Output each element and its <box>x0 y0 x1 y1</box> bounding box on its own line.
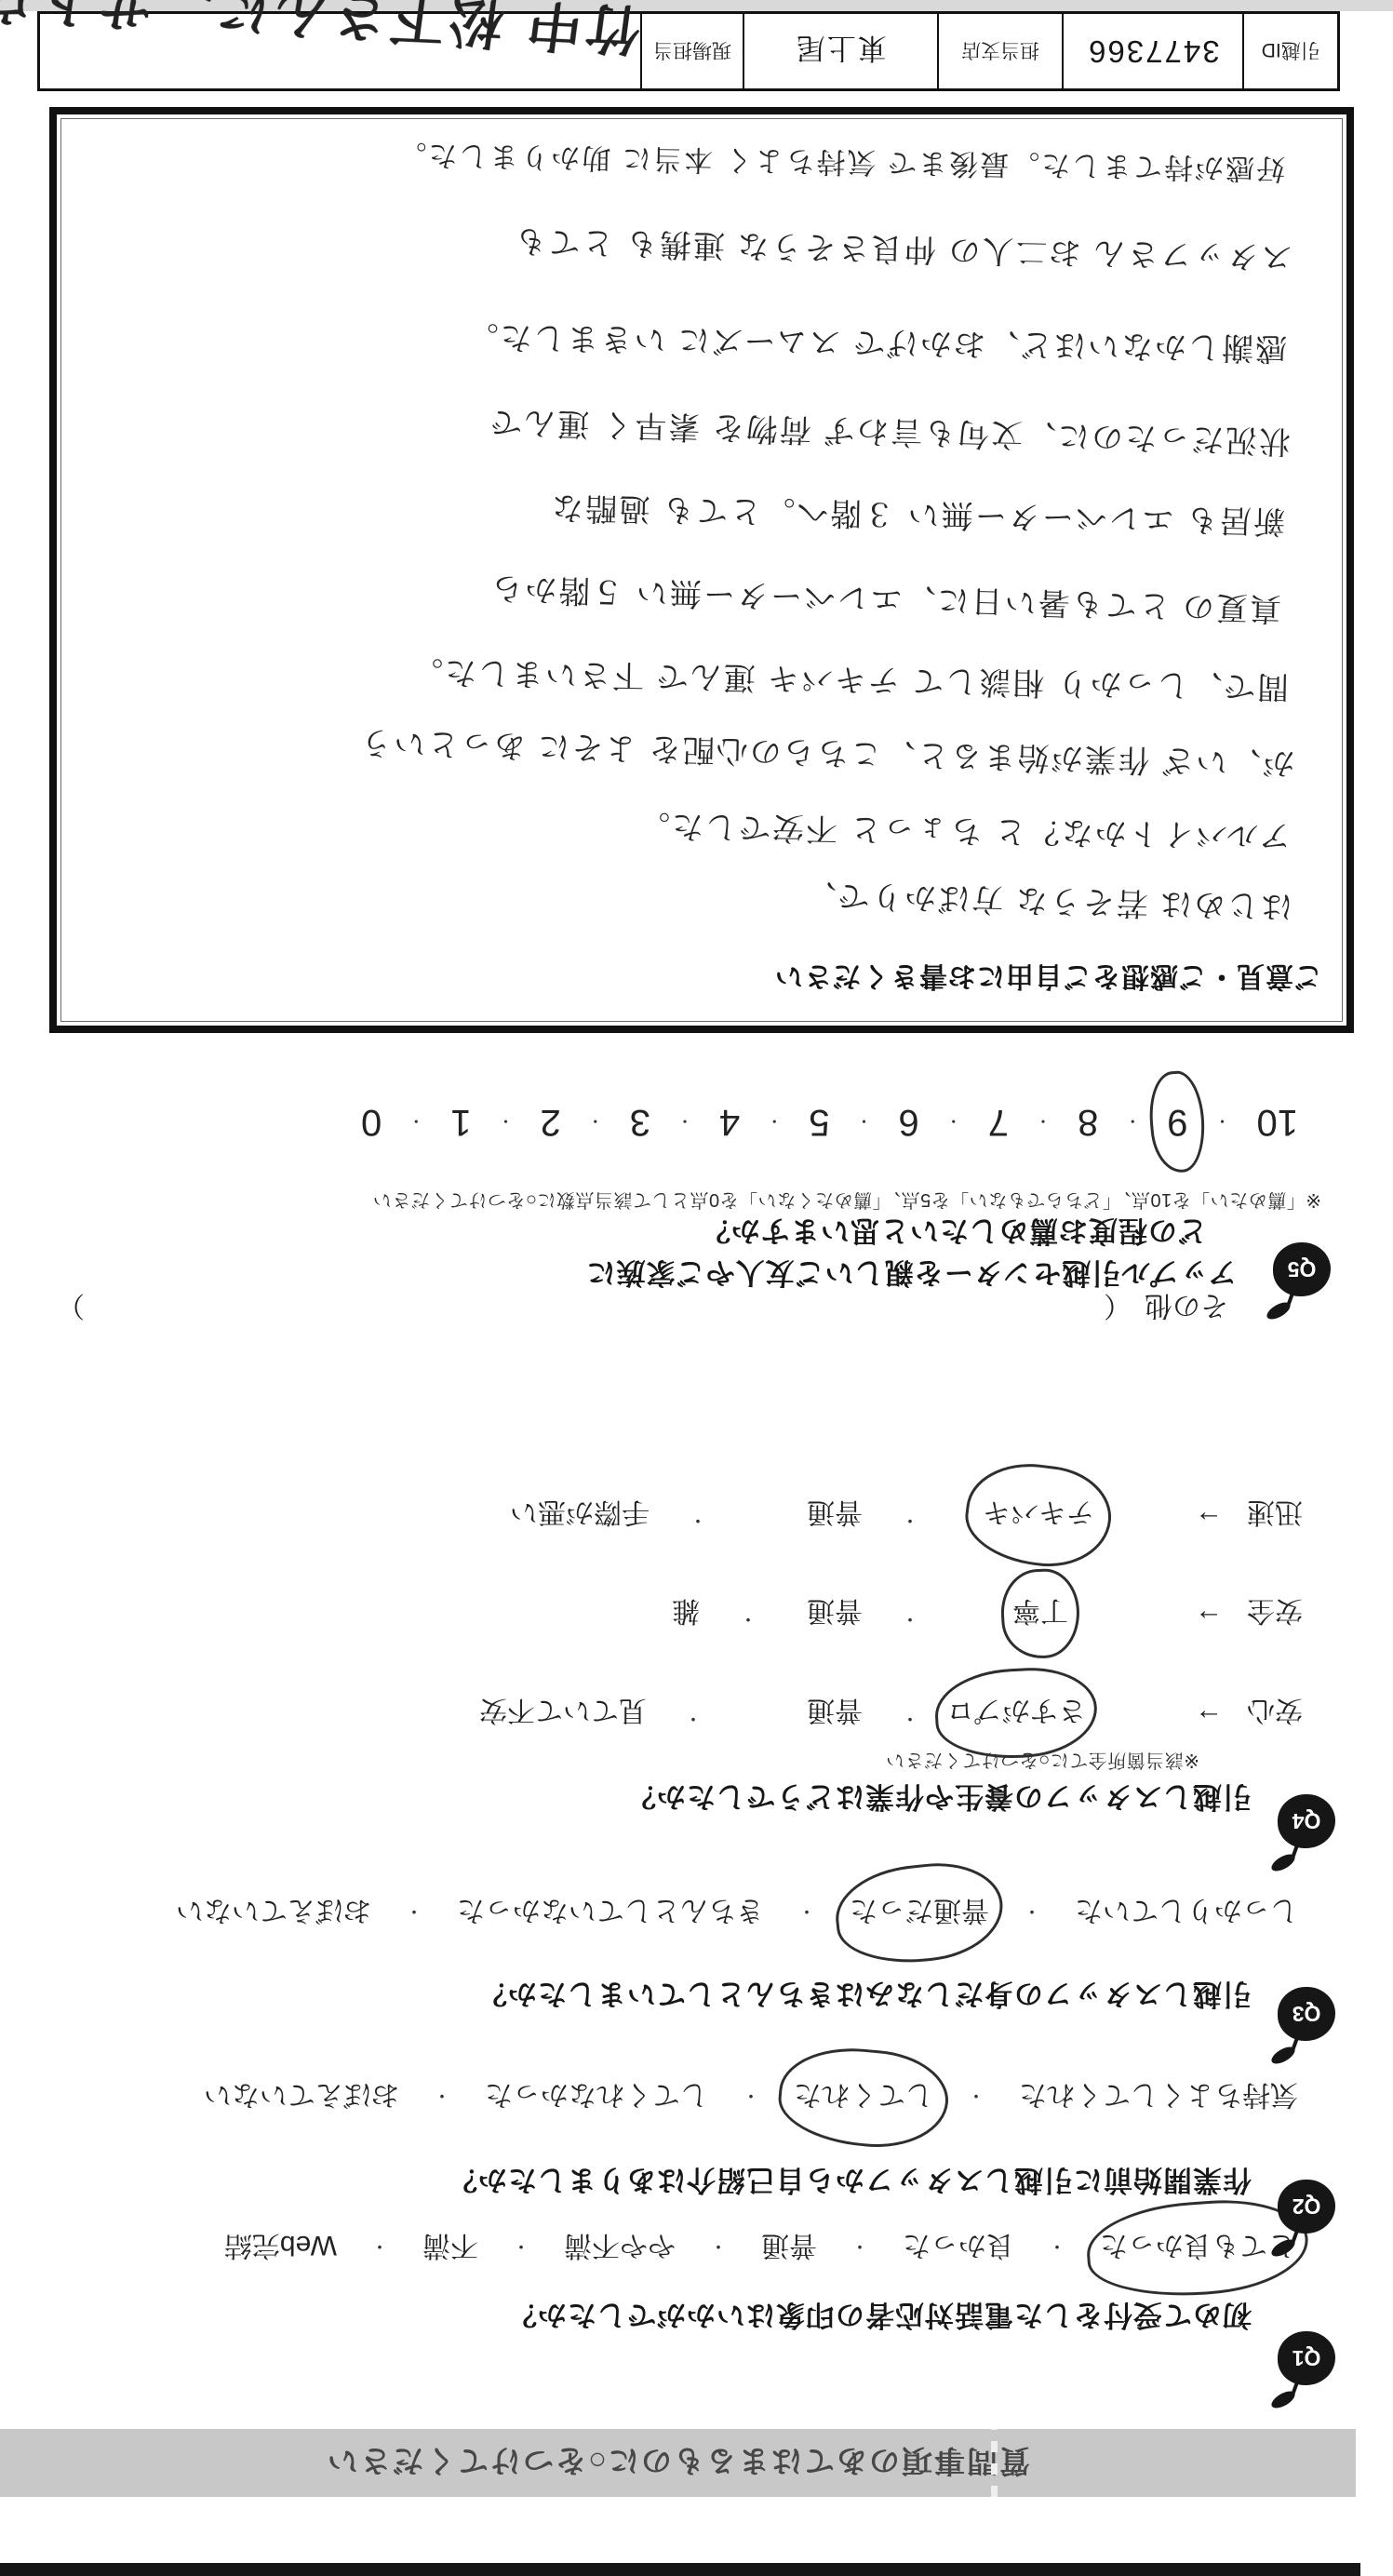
option-separator: ・ <box>689 1509 707 1536</box>
q3-apple-icon: Q3 <box>1278 1987 1335 2041</box>
scale-value: 1 <box>450 1101 471 1143</box>
scale-separator: ・ <box>1124 1110 1141 1134</box>
branch-value: 東上尾 <box>744 14 939 88</box>
scale-separator: ・ <box>498 1110 515 1134</box>
q3-icon-label: Q3 <box>1293 2002 1321 2027</box>
q4-anshin-selected: さすがプロ <box>946 1693 1086 1734</box>
branch-label: 担当支店 <box>939 14 1064 88</box>
option-separator: ・ <box>739 1607 757 1634</box>
q1-options: とても良かった ・ 良かった ・ 普通 ・ やや不満 ・ 不満 ・ Web完結 <box>224 2228 1295 2269</box>
scale-value: 8 <box>1078 1101 1098 1143</box>
q1-icon-label: Q1 <box>1293 2346 1321 2371</box>
q3-option: おぼえていない <box>176 1893 371 1934</box>
q4-apple-icon: Q4 <box>1278 1794 1335 1848</box>
q1-option: Web完結 <box>224 2228 337 2269</box>
q4-jinsoku-option: 手際が悪い <box>510 1495 650 1536</box>
q4-anzen-selected: 丁寧 <box>1012 1593 1068 1634</box>
q2-option: してくれなかった <box>485 2077 708 2118</box>
scale-separator: ・ <box>676 1110 693 1134</box>
scale-separator: ・ <box>587 1110 604 1134</box>
option-separator: ・ <box>512 2235 530 2262</box>
q1-option: 良かった <box>903 2228 1014 2269</box>
scale-value: 6 <box>899 1101 919 1143</box>
scale-separator: ・ <box>856 1110 873 1134</box>
q4-jinsoku-option: 普通 <box>807 1495 863 1536</box>
fold-mark <box>991 2429 998 2497</box>
q3-option: きちんとしていなかった <box>457 1893 764 1934</box>
option-separator: ・ <box>709 2235 728 2262</box>
staff-handwritten-name: 竹中 松下さんに、サトウさん <box>0 0 645 74</box>
arrow-icon: → <box>1195 1603 1223 1634</box>
q1-option: やや不満 <box>564 2228 676 2269</box>
q2-option: おぼえていない <box>204 2077 399 2118</box>
option-separator: ・ <box>684 1707 703 1734</box>
q1-option-selected: とても良かった <box>1100 2228 1295 2269</box>
q4-title: 引越しスタッフの養生や作業はどうでしたか？ <box>626 1778 1252 1820</box>
survey-instruction-banner: 質問事項のあてはまるものに○をつけてください <box>0 2429 1356 2497</box>
option-separator: ・ <box>1023 1900 1041 1927</box>
scanned-survey-sheet-rotated-180: 質問事項のあてはまるものに○をつけてください Q1 初めて受付をした電話対応者の… <box>0 0 1393 2576</box>
q4-row-label: 安心 <box>1247 1693 1303 1734</box>
q3-option-selected: 普通だった <box>850 1893 989 1934</box>
scale-value: 4 <box>719 1101 740 1143</box>
staff-name-cell: 竹中 松下さんに、サトウさん <box>40 14 642 88</box>
scale-value: 7 <box>988 1101 1009 1143</box>
move-id-label: 引越ID <box>1244 14 1337 88</box>
scale-separator: ・ <box>945 1110 962 1134</box>
banner-title: 質問事項のあてはまるものに○をつけてください <box>326 2441 1030 2485</box>
q2-options: 気持ちよくしてくれた ・ してくれた ・ してくれなかった ・ おぼえていない <box>204 2077 1298 2118</box>
scale-value: 2 <box>541 1101 561 1143</box>
option-separator: ・ <box>370 2235 389 2262</box>
q1-option: 普通 <box>761 2228 817 2269</box>
scale-value-selected: 9 <box>1167 1101 1187 1143</box>
move-id-value: 3477366 <box>1064 14 1244 88</box>
q1-apple-icon: Q1 <box>1278 2331 1335 2385</box>
q4-jinsoku-selected: テキパキ <box>983 1495 1094 1536</box>
scale-separator: ・ <box>1035 1110 1051 1134</box>
option-separator: ・ <box>405 1900 423 1927</box>
q4-anshin-option: 見ていて不安 <box>479 1693 647 1734</box>
option-separator: ・ <box>901 1509 919 1536</box>
q5-note: ※「薦めたい」を10点、「どちらでもない」を5点、「薦めたくない」を0点として該… <box>372 1188 1321 1215</box>
q2-option-selected: してくれた <box>794 2077 933 2118</box>
scale-separator: ・ <box>1214 1110 1231 1134</box>
q2-option: 気持ちよくしてくれた <box>1019 2077 1298 2118</box>
q5-title-line1: アップル引越センターを親しいご友人やご家族に <box>586 1254 1237 1296</box>
q1-option: 不満 <box>422 2228 478 2269</box>
option-separator: ・ <box>433 2085 451 2112</box>
q2-title: 作業開始前に引越しスタッフから自己紹介はありましたか？ <box>448 2162 1252 2204</box>
option-separator: ・ <box>742 2085 760 2112</box>
q4-anzen-option: 普通 <box>807 1593 863 1634</box>
option-separator: ・ <box>1048 2235 1066 2262</box>
q3-title: 引越しスタッフの身だしなみはきちんとしていましたか？ <box>477 1976 1252 2018</box>
q5-title-line2: どの程度お薦めしたいと思いますか？ <box>701 1213 1207 1254</box>
option-separator: ・ <box>797 1900 816 1927</box>
scale-value: 0 <box>361 1101 382 1143</box>
option-separator: ・ <box>901 1707 919 1734</box>
q4-note: ※該当箇所全てに○をつけてください <box>886 1749 1199 1776</box>
scale-value: 5 <box>809 1101 829 1143</box>
option-separator: ・ <box>851 2235 869 2262</box>
q1-title: 初めて受付をした電話対応者の印象はいかがでしたか？ <box>507 2297 1252 2339</box>
option-separator: ・ <box>967 2085 985 2112</box>
q3-options: しっかりしていた ・ 普通だった ・ きちんとしていなかった ・ おぼえていない <box>176 1893 1298 1934</box>
q2-icon-label: Q2 <box>1293 2194 1321 2220</box>
arrow-icon: → <box>1195 1702 1223 1734</box>
q4-anshin-option: 普通 <box>807 1693 863 1734</box>
arrow-icon: → <box>1195 1504 1223 1536</box>
footer-info-table: 引越ID 3477366 担当支店 東上尾 現場担当 竹中 松下さんに、サトウさ… <box>37 11 1340 91</box>
q4-row-label: 安全 <box>1247 1593 1303 1634</box>
close-paren: ） <box>57 1288 85 1329</box>
q4-row-label: 迅速 <box>1247 1495 1303 1536</box>
scale-value: 10 <box>1257 1101 1299 1143</box>
staff-label: 現場担当 <box>642 14 744 88</box>
scan-edge-band <box>0 2563 1360 2576</box>
scale-value: 3 <box>630 1101 650 1143</box>
q5-icon-label: Q5 <box>1288 1257 1317 1282</box>
q5-apple-icon: Q5 <box>1273 1242 1331 1296</box>
q3-option: しっかりしていた <box>1075 1893 1298 1934</box>
comment-box: ご意見・ご感想をご自由にお書きください はじめは 若そうな 方ばかりで、 アルバ… <box>49 107 1354 1033</box>
q4-icon-label: Q4 <box>1293 1809 1321 1834</box>
comment-box-header: ご意見・ご感想をご自由にお書きください <box>774 959 1322 1000</box>
scale-separator: ・ <box>766 1110 783 1134</box>
scale-separator: ・ <box>408 1110 424 1134</box>
q4-anzen-option: 雑 <box>672 1593 700 1634</box>
q2-apple-icon: Q2 <box>1278 2180 1335 2234</box>
option-separator: ・ <box>901 1607 919 1634</box>
q5-nps-scale: 10 ・ 9 ・ 8 ・ 7 ・ 6 ・ 5 ・ 4 ・ 3 ・ 2 ・ 1 ・… <box>361 1101 1298 1143</box>
